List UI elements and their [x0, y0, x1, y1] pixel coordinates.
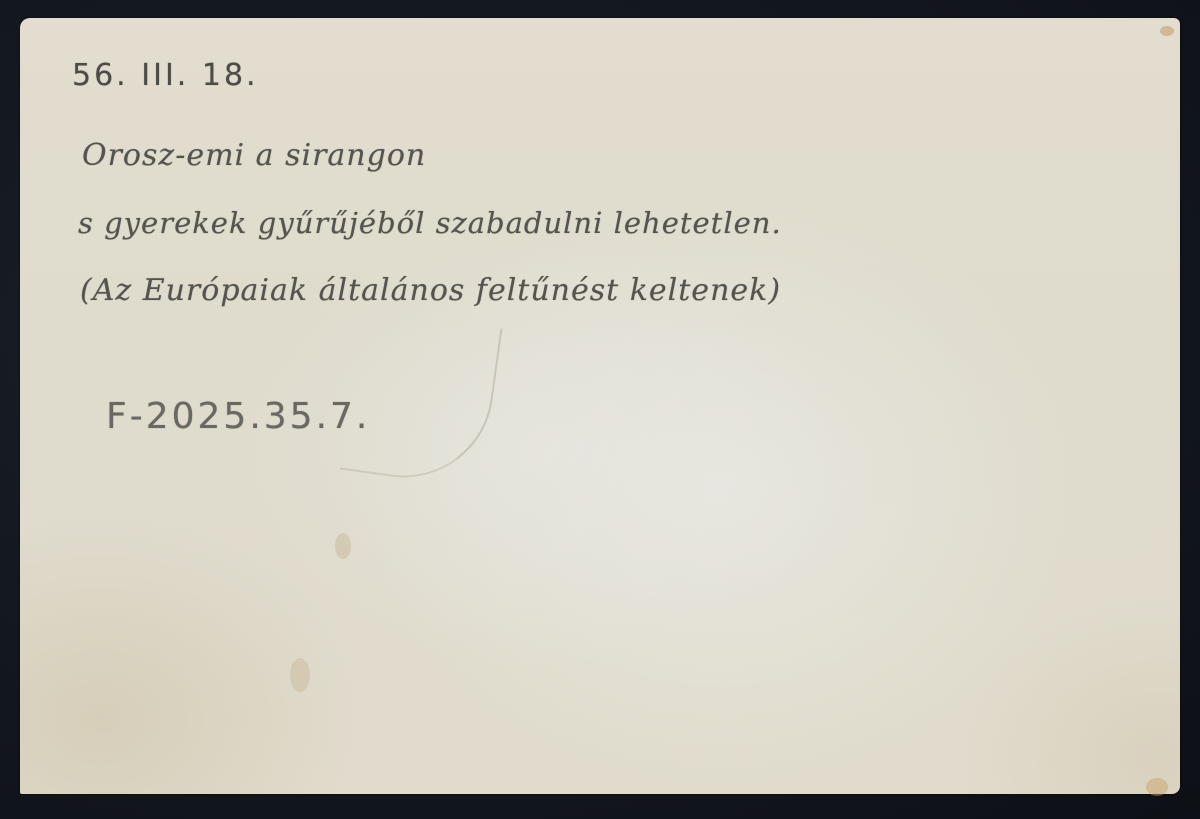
handwritten-caption-line-3: (Az Európaiak általános feltűnést kelten… [80, 273, 781, 308]
handwritten-caption-line-1: Orosz-emi a sirangon [82, 138, 426, 173]
stain-spot [290, 658, 310, 692]
stain-spot [335, 533, 351, 559]
handwritten-date: 56. III. 18. [72, 58, 259, 93]
corner-stain [1146, 778, 1168, 796]
photo-card-verso: 56. III. 18. Orosz-emi a sirangon s gyer… [20, 18, 1180, 794]
accession-number: F-2025.35.7. [106, 396, 370, 437]
handwritten-caption-line-2: s gyerekek gyűrűjéből szabadulni lehetet… [78, 206, 782, 240]
corner-stain [1160, 26, 1174, 36]
